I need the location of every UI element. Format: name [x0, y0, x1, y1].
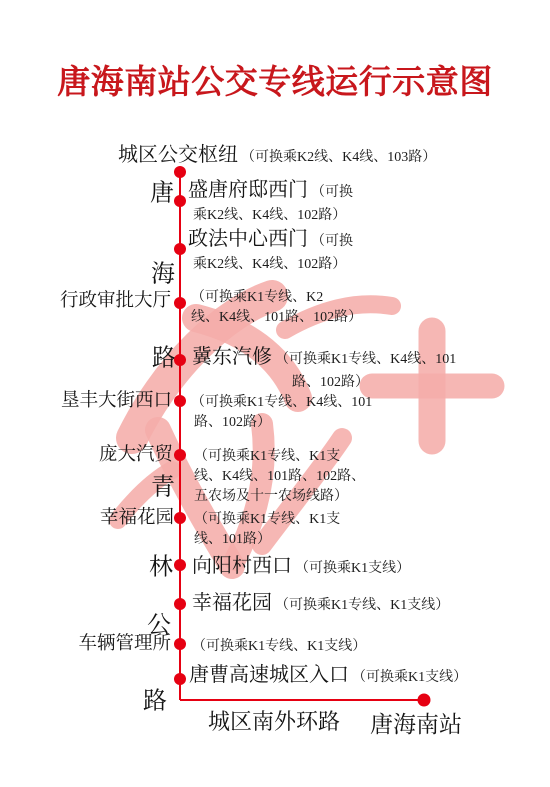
stop-dot	[174, 598, 186, 610]
stop-name: 幸福花园	[100, 508, 174, 528]
stop-name: 冀东汽修	[192, 346, 272, 368]
stop-label-block: 城区公交枢纽（可换乘K2线、K4线、103路）	[118, 143, 436, 170]
transfer-info: 路、102路）	[194, 415, 271, 430]
transfer-info: （可换乘K1专线、K1支	[194, 449, 340, 464]
stop-dot	[174, 243, 186, 255]
stop-text-row: 线、K4线、101路、102路、	[191, 466, 365, 486]
stop-name: 盛唐府邸西门	[188, 179, 308, 201]
page-title: 唐海南站公交专线运行示意图	[0, 56, 550, 103]
bottom-road-label: 城区南外环路	[208, 705, 340, 736]
stop-text-row: （可换乘K1专线、K1支线）	[189, 636, 366, 656]
stop-name: 政法中心西门	[188, 228, 308, 250]
stop-name: 唐曹高速城区入口	[189, 664, 349, 686]
stop-text-row: 路、102路）	[191, 412, 372, 432]
stop-text-row: 乘K2线、K4线、102路）	[190, 254, 353, 274]
stop-name: 向阳村西口	[192, 555, 292, 577]
stop-dot	[174, 449, 186, 461]
road-name-char: 唐	[150, 173, 174, 208]
stop-text-row: 政法中心西门（可换	[188, 227, 353, 254]
transfer-info: （可换乘K1支线）	[352, 670, 467, 685]
terminal-station-label: 唐海南站	[370, 706, 462, 739]
transfer-info: （可换	[311, 185, 353, 200]
road-name-char: 青	[151, 467, 175, 502]
transfer-info: （可换乘K1专线、K4线、101	[191, 395, 372, 410]
road-name-char: 路	[152, 338, 176, 373]
stop-transfer-block: （可换乘K1专线、K2线、K4线、101路、102路）	[188, 287, 362, 327]
stop-label-block: 政法中心西门（可换乘K2线、K4线、102路）	[188, 227, 353, 274]
transfer-info: （可换乘K2线、K4线、103路）	[241, 150, 436, 165]
road-name-char: 林	[149, 547, 173, 582]
stop-dot	[174, 559, 186, 571]
transfer-info: （可换乘K1专线、K2	[191, 290, 323, 305]
stop-transfer-block: （可换乘K1专线、K1支线、101路）	[191, 509, 340, 549]
stop-label-block: 唐曹高速城区入口（可换乘K1支线）	[189, 663, 467, 690]
stop-text-row: 城区公交枢纽（可换乘K2线、K4线、103路）	[118, 143, 436, 170]
terminal-dot	[418, 694, 431, 707]
stop-dot	[174, 354, 186, 366]
stop-text-row: （可换乘K1专线、K4线、101	[188, 392, 372, 412]
route-line-horizontal	[180, 699, 424, 701]
transfer-info: （可换乘K1专线、K1支	[194, 512, 340, 527]
stop-text-row: （可换乘K1专线、K2	[188, 287, 362, 307]
route-diagram-canvas: 唐海南站公交专线运行示意图 城区南外环路 唐海南站 唐海路青林公路城区公交枢纽（…	[0, 0, 550, 787]
stop-name: 行政审批大厅	[60, 291, 171, 311]
transfer-info: （可换乘K1专线、K1支线）	[275, 598, 449, 613]
stop-text-row: 路、102路）	[289, 372, 456, 392]
stop-label-block: 向阳村西口（可换乘K1支线）	[192, 554, 410, 581]
stop-transfer-block: （可换乘K1专线、K4线、101路、102路）	[188, 392, 372, 432]
transfer-info: 乘K2线、K4线、102路）	[193, 257, 346, 272]
stop-dot	[174, 195, 186, 207]
stop-name: 城区公交枢纽	[118, 144, 238, 166]
stop-text-row: 线、K4线、101路、102路）	[188, 307, 362, 327]
stop-name: 幸福花园	[192, 592, 272, 614]
stop-text-row: 唐曹高速城区入口（可换乘K1支线）	[189, 663, 467, 690]
transfer-info: （可换乘K1支线）	[295, 561, 410, 576]
transfer-info: （可换	[311, 234, 353, 249]
transfer-info: 乘K2线、K4线、102路）	[193, 208, 346, 223]
stop-name: 车辆管理所	[78, 634, 171, 654]
stop-dot	[174, 395, 186, 407]
stop-dot	[174, 297, 186, 309]
stop-name: 垦丰大街西口	[61, 391, 172, 411]
transfer-info: 路、102路）	[292, 375, 369, 390]
transfer-info: （可换乘K1专线、K4线、101	[275, 352, 456, 367]
stop-text-row: 幸福花园（可换乘K1专线、K1支线）	[192, 591, 449, 618]
stop-text-row: 向阳村西口（可换乘K1支线）	[192, 554, 410, 581]
stop-transfer-block: （可换乘K1专线、K1支线）	[189, 636, 366, 656]
route-layer: 唐海南站公交专线运行示意图 城区南外环路 唐海南站 唐海路青林公路城区公交枢纽（…	[0, 0, 550, 787]
transfer-info: 线、101路）	[194, 532, 271, 547]
stop-name: 庞大汽贸	[99, 445, 173, 465]
stop-text-row: 乘K2线、K4线、102路）	[190, 205, 353, 225]
stop-text-row: （可换乘K1专线、K1支	[191, 509, 340, 529]
transfer-info: 五农场及十一农场线路）	[194, 489, 348, 504]
stop-text-row: 冀东汽修（可换乘K1专线、K4线、101	[192, 345, 456, 372]
transfer-info: 线、K4线、101路、102路、	[194, 469, 365, 484]
transfer-info: （可换乘K1专线、K1支线）	[192, 639, 366, 654]
road-name-char: 海	[151, 254, 175, 289]
stop-text-row: 五农场及十一农场线路）	[191, 486, 365, 506]
stop-transfer-block: （可换乘K1专线、K1支线、K4线、101路、102路、五农场及十一农场线路）	[191, 446, 365, 506]
stop-text-row: 线、101路）	[191, 529, 340, 549]
stop-dot	[174, 638, 186, 650]
stop-text-row: （可换乘K1专线、K1支	[191, 446, 365, 466]
road-name-char: 路	[143, 681, 167, 716]
stop-label-block: 幸福花园（可换乘K1专线、K1支线）	[192, 591, 449, 618]
stop-text-row: 盛唐府邸西门（可换	[188, 178, 353, 205]
stop-dot	[174, 673, 186, 685]
transfer-info: 线、K4线、101路、102路）	[191, 310, 362, 325]
stop-label-block: 冀东汽修（可换乘K1专线、K4线、101路、102路）	[192, 345, 456, 392]
stop-label-block: 盛唐府邸西门（可换乘K2线、K4线、102路）	[188, 178, 353, 225]
stop-dot	[174, 512, 186, 524]
